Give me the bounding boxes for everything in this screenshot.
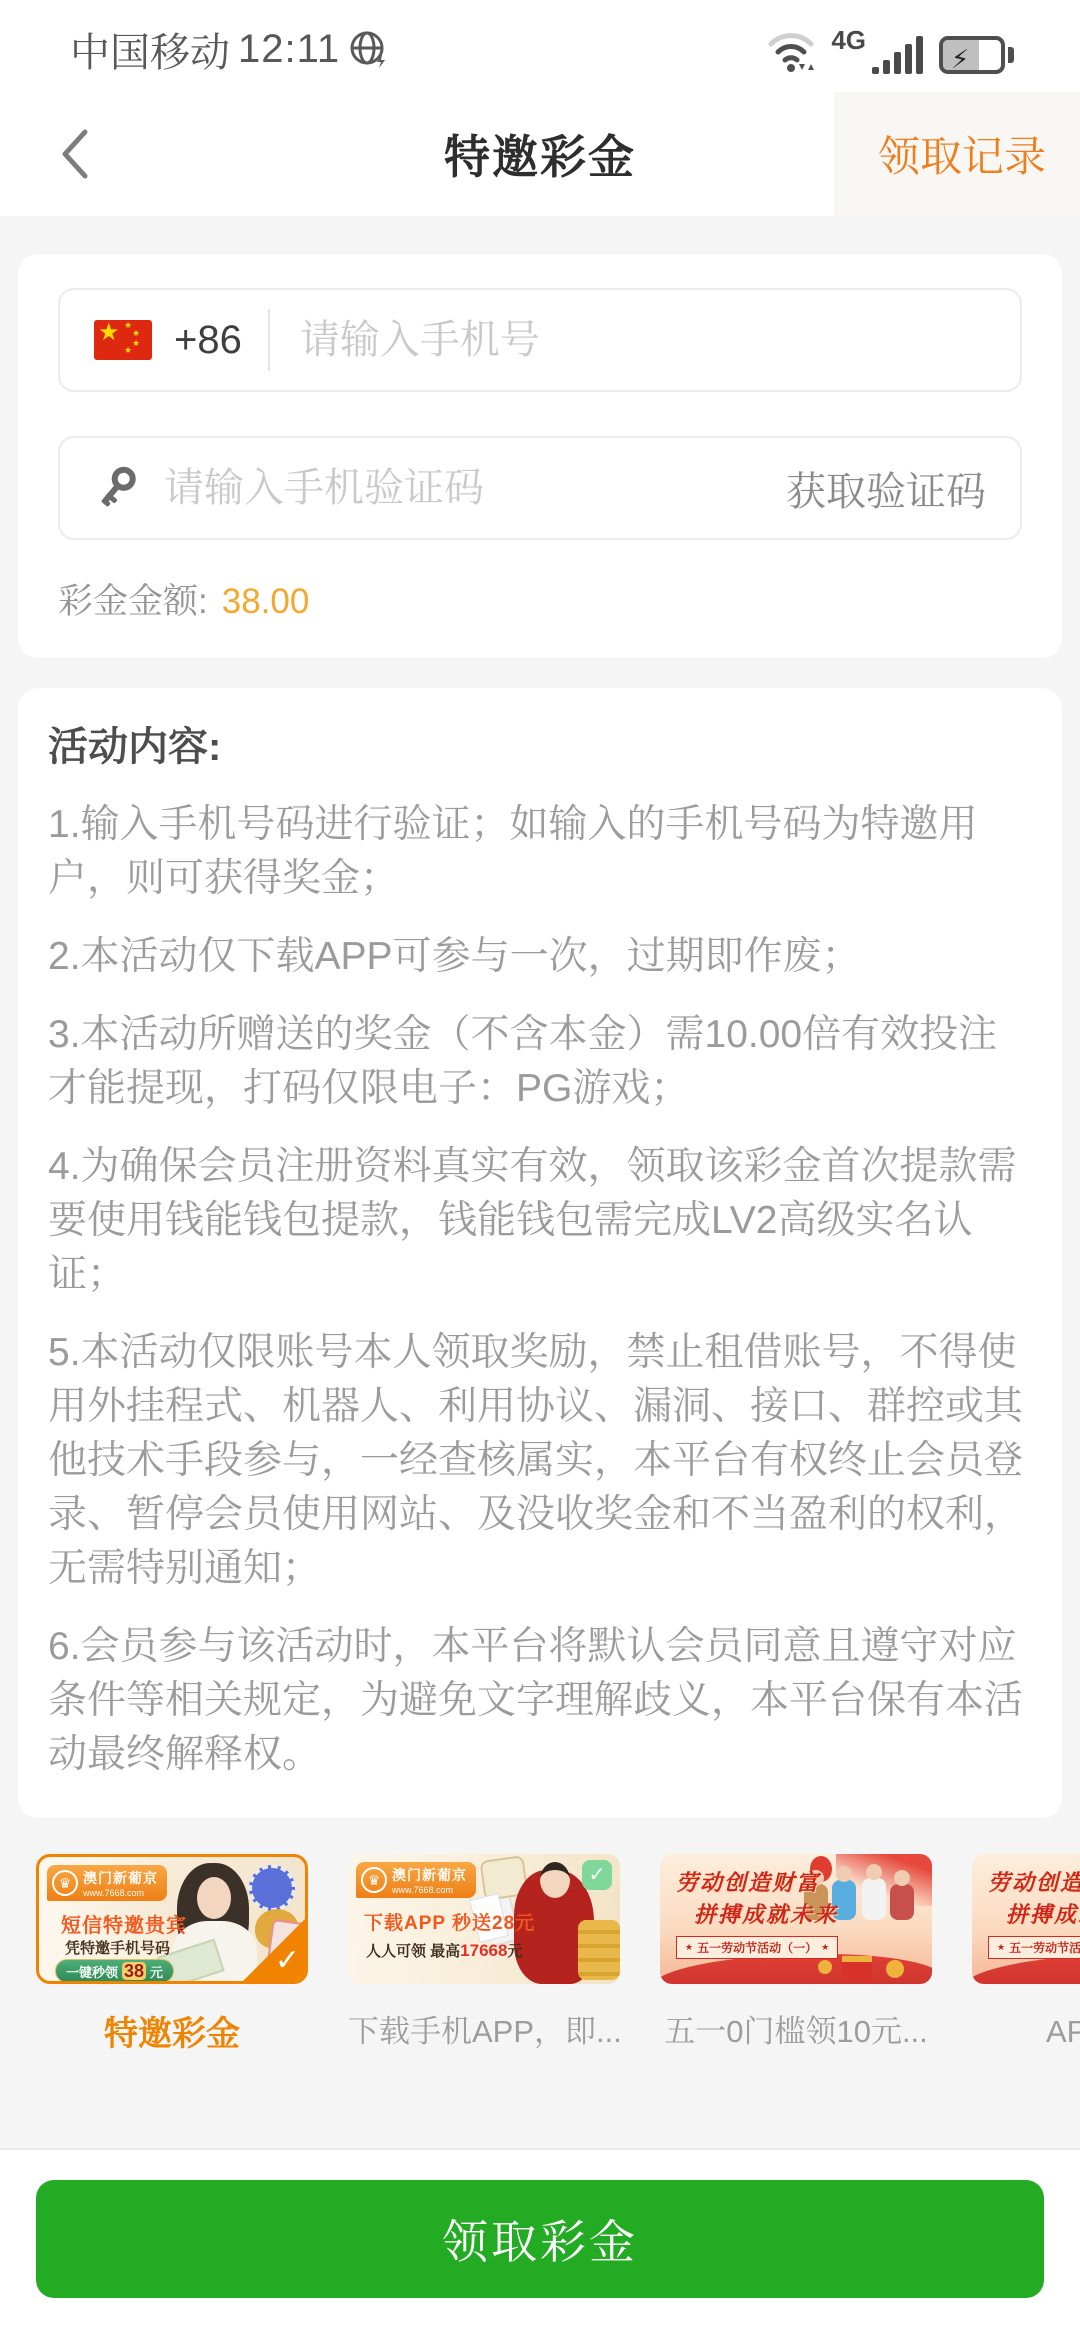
code-input-row: 获取验证码 — [58, 436, 1022, 540]
ribbon-text: 五一劳动节活动（一） — [697, 1939, 817, 1956]
activity-rule: 6.会员参与该活动时，本平台将默认会员同意且遵守对应条件等相关规定，为避免文字理… — [48, 1620, 1032, 1782]
wifi-icon — [767, 30, 815, 74]
header: 特邀彩金 领取记录 — [0, 92, 1080, 216]
key-icon — [94, 466, 138, 510]
brand-logo-icon: ♛ — [361, 1867, 387, 1893]
country-code-label: +86 — [174, 318, 242, 363]
carrier-label: 中国移动 — [70, 21, 230, 78]
activity-rule: 2.本活动仅下载APP可参与一次，过期即作废； — [48, 930, 1032, 984]
banner-thumb[interactable]: ♛澳门新葡京www.7668.com短信特邀贵宾凭特邀手机号码一键秒领38元✓ — [36, 1854, 308, 1984]
banner-headline: 下载APP 秒送28元 — [364, 1908, 535, 1935]
ribbon-label: ★五一劳动节活动（一）★ — [676, 1936, 838, 1959]
gift-shape — [842, 1956, 872, 1982]
phone-input[interactable] — [300, 318, 986, 363]
banner-label: 下载手机APP，即... — [348, 2006, 620, 2051]
flag-cn-icon: ★★★★★ — [94, 320, 152, 360]
ribbon-label: ★五一劳动节活动（一）★ — [988, 1936, 1080, 1959]
status-left: 中国移动 12:11 — [70, 21, 388, 78]
status-time: 12:11 — [238, 27, 340, 72]
banner-subline: 拼搏成就未来 — [1006, 1898, 1080, 1929]
dface-shape — [540, 1862, 570, 1898]
page-content: ★★★★★ +86 获取验证码 彩金金额 — [0, 216, 1080, 2150]
banner-subline: 凭特邀手机号码 — [65, 1937, 170, 1958]
chip-shape — [249, 1865, 295, 1911]
banner-subline: 拼搏成就未来 — [694, 1898, 838, 1929]
page-title: 特邀彩金 — [444, 121, 636, 187]
input-divider — [268, 309, 270, 371]
signal-icon: 4G — [831, 25, 923, 74]
selected-corner: ✓ — [242, 1918, 306, 1982]
face-shape — [197, 1877, 231, 1919]
fig3-shape — [862, 1878, 886, 1920]
get-code-button[interactable]: 获取验证码 — [766, 460, 986, 517]
banner-label: 特邀彩金 — [36, 2006, 308, 2055]
status-bar: 中国移动 12:11 4G — [0, 0, 1080, 92]
activity-rule: 3.本活动所赠送的奖金（不含本金）需10.00倍有效投注才能提现，打码仅限电子：… — [48, 1008, 1032, 1116]
claim-form-card: ★★★★★ +86 获取验证码 彩金金额 — [18, 254, 1062, 658]
back-chevron-icon — [55, 126, 95, 182]
banner-headline: 劳动创造财富 — [676, 1866, 820, 1897]
activity-rule: 5.本活动仅限账号本人领取奖励，禁止租借账号，不得使用外挂程式、机器人、利用协议… — [48, 1326, 1032, 1596]
subline-prefix: 人人可领 最高 — [366, 1943, 460, 1960]
brand-name: 澳门新葡京 — [392, 1865, 467, 1885]
bonus-amount-value: 38.00 — [222, 582, 310, 622]
brand-logo-icon: ♛ — [52, 1870, 78, 1896]
network-type-label: 4G — [831, 25, 866, 56]
battery-icon: ⚡ — [939, 36, 1014, 74]
bonus-amount-label: 彩金金额: — [58, 574, 208, 624]
coins-shape — [578, 1920, 620, 1980]
banner-item[interactable]: 劳动创造财富拼搏成就未来★五一劳动节活动（一）★五一0门槛领10元... — [660, 1854, 932, 2055]
star-icon: ★ — [821, 1942, 829, 1953]
activity-rule: 1.输入手机号码进行验证；如输入的手机号码为特邀用户，则可获得奖金； — [48, 798, 1032, 906]
star-icon: ★ — [997, 1942, 1005, 1953]
back-button[interactable] — [30, 92, 120, 216]
pill-suffix: 元 — [150, 1962, 163, 1981]
banner-subline: 人人可领 最高17668元 — [366, 1940, 522, 1961]
brand-site: www.7668.com — [392, 1885, 467, 1895]
footer-bar: 领取彩金 — [0, 2150, 1080, 2340]
banner-item[interactable]: ♛澳门新葡京www.7668.com下载APP 秒送28元人人可领 最高1766… — [348, 1854, 620, 2055]
fig4-shape — [890, 1884, 914, 1920]
brand-site: www.7668.com — [83, 1888, 158, 1898]
banner-item[interactable]: 劳动创造财富拼搏成就未来★五一劳动节活动（一）★APP连续 — [972, 1854, 1080, 2055]
globe-icon — [348, 29, 388, 69]
phone-input-row: ★★★★★ +86 — [58, 288, 1022, 392]
activity-rule: 4.为确保会员注册资料真实有效，领取该彩金首次提款需要使用钱能钱包提款，钱能钱包… — [48, 1140, 1032, 1302]
status-right: 4G ⚡ — [767, 25, 1014, 74]
ribbon-text: 五一劳动节活动（一） — [1009, 1939, 1080, 1956]
banner-label: APP连续 — [972, 2006, 1080, 2051]
signal-bars-icon — [872, 34, 923, 74]
banner-headline: 短信特邀贵宾 — [61, 1909, 187, 1938]
subline-suffix: 元 — [507, 1943, 522, 1960]
activity-rule-list: 1.输入手机号码进行验证；如输入的手机号码为特邀用户，则可获得奖金；2.本活动仅… — [48, 798, 1032, 1782]
banner-thumb[interactable]: 劳动创造财富拼搏成就未来★五一劳动节活动（一）★ — [660, 1854, 932, 1984]
banner-item[interactable]: ♛澳门新葡京www.7668.com短信特邀贵宾凭特邀手机号码一键秒领38元✓特… — [36, 1854, 308, 2055]
bonus-max-amount: 17668 — [460, 1941, 507, 1960]
banner-headline: 劳动创造财富 — [988, 1866, 1080, 1897]
coin1-shape — [886, 1960, 904, 1978]
banner-thumb[interactable]: 劳动创造财富拼搏成就未来★五一劳动节活动（一）★ — [972, 1854, 1080, 1984]
activity-rules-card: 活动内容: 1.输入手机号码进行验证；如输入的手机号码为特邀用户，则可获得奖金；… — [18, 688, 1062, 1818]
brand-badge: ♛澳门新葡京www.7668.com — [356, 1862, 476, 1898]
claim-bonus-button[interactable]: 领取彩金 — [36, 2180, 1044, 2298]
activity-title: 活动内容: — [48, 720, 1032, 774]
banner-thumb[interactable]: ♛澳门新葡京www.7668.com下载APP 秒送28元人人可领 最高1766… — [348, 1854, 620, 1984]
pill-prefix: 一键秒领 — [66, 1962, 118, 1981]
verification-code-input[interactable] — [164, 466, 766, 511]
dcheck-shape — [582, 1860, 612, 1890]
banner-row: ♛澳门新葡京www.7668.com短信特邀贵宾凭特邀手机号码一键秒领38元✓特… — [0, 1818, 1080, 2055]
claim-history-link[interactable]: 领取记录 — [834, 92, 1080, 216]
check-icon: ✓ — [275, 1943, 300, 1978]
pill-amount: 38 — [122, 1962, 146, 1980]
bonus-amount-row: 彩金金额: 38.00 — [58, 574, 1022, 624]
banner-label: 五一0门槛领10元... — [660, 2006, 932, 2051]
star-icon: ★ — [685, 1942, 693, 1953]
brand-badge: ♛澳门新葡京www.7668.com — [47, 1865, 167, 1901]
app-screen: 中国移动 12:11 4G — [0, 0, 1080, 2340]
coin2-shape — [818, 1960, 832, 1974]
charging-bolt-icon: ⚡ — [951, 44, 969, 74]
brand-name: 澳门新葡京 — [83, 1868, 158, 1888]
claim-pill: 一键秒领38元 — [55, 1959, 174, 1983]
